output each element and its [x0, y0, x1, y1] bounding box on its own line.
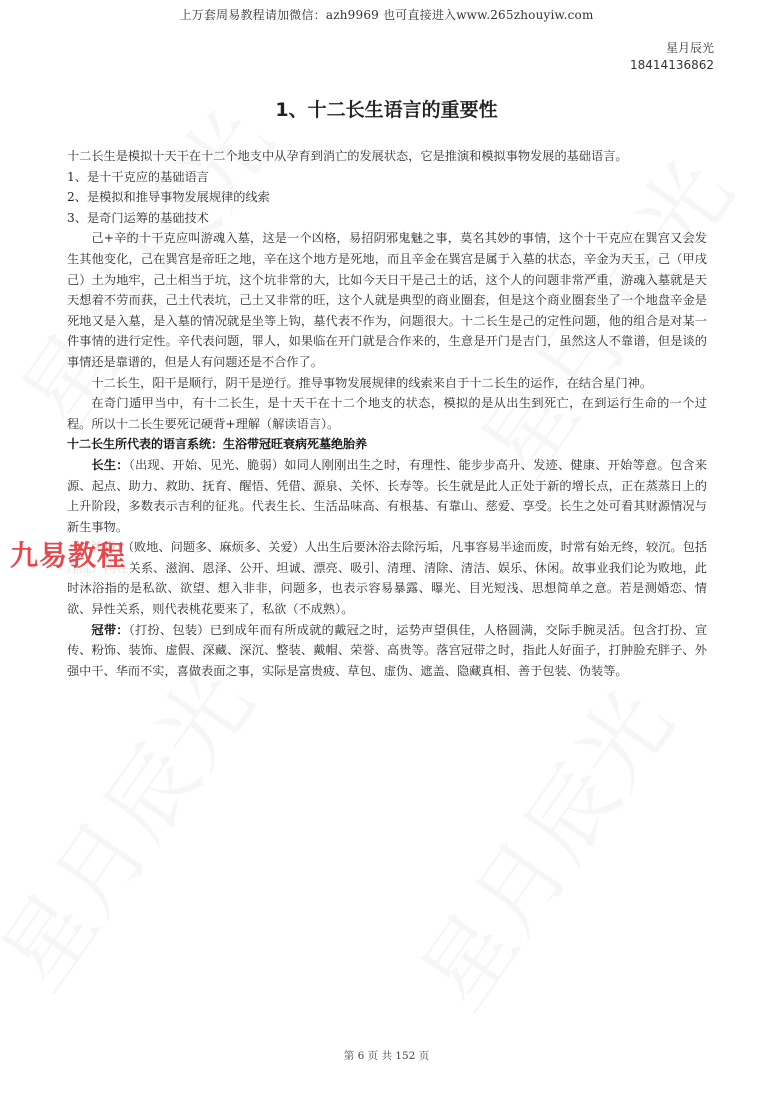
background-watermark: 星月辰光	[384, 660, 697, 1029]
list-item: 2、是模拟和推导事物发展规律的线索	[67, 187, 707, 208]
term-paragraph-guandai: 冠带：（打扮、包装）已到成年而有所成就的戴冠之时，运势声望俱佳，人格圆满，交际手…	[67, 620, 707, 682]
section-heading: 十二长生所代表的语言系统：生浴带冠旺衰病死墓绝胎养	[67, 434, 707, 455]
body-paragraph: 十二长生，阳干是顺行，阴干是逆行。推导事物发展规律的线索来自于十二长生的运作，在…	[67, 373, 707, 394]
term-text: （出现、开始、见光、脆弱）如同人刚刚出生之时，有理性、能步步高升、发迹、健康、开…	[67, 458, 707, 534]
author-block: 星月辰光 18414136862	[630, 40, 714, 74]
page-title: 1、十二长生语言的重要性	[0, 95, 773, 122]
author-phone: 18414136862	[630, 57, 714, 74]
term-paragraph-changsheng: 长生：（出现、开始、见光、脆弱）如同人刚刚出生之时，有理性、能步步高升、发迹、健…	[67, 455, 707, 537]
term-text: （打扮、包装）已到成年而有所成就的戴冠之时，运势声望俱佳，人格圆满，交际手腕灵活…	[67, 623, 707, 678]
author-name: 星月辰光	[630, 40, 714, 57]
intro-paragraph: 十二长生是模拟十天干在十二个地支中从孕育到消亡的发展状态，它是推演和模拟事物发展…	[67, 146, 707, 167]
body-paragraph: 在奇门遁甲当中，有十二长生，是十天干在十二个地支的状态，模拟的是从出生到死亡，在…	[67, 393, 707, 434]
page-footer: 第 6 页 共 152 页	[0, 1048, 773, 1063]
list-item: 1、是十干克应的基础语言	[67, 167, 707, 188]
brand-logo-overlay: 九易教程	[6, 538, 130, 574]
term-text: （败地、问题多、麻烦多、关爱）人出生后要沐浴去除污垢，凡事容易半途而废，时常有始…	[67, 540, 707, 616]
body-paragraph: 己+辛的十干克应叫游魂入墓，这是一个凶格，易招阴邪鬼魅之事，莫名其妙的事情，这个…	[67, 228, 707, 372]
term-label: 冠带：	[91, 623, 128, 637]
list-item: 3、是奇门运筹的基础技术	[67, 208, 707, 229]
term-label: 长生：	[91, 458, 128, 472]
background-watermark: 星月辰光	[0, 640, 276, 1009]
document-body: 十二长生是模拟十天干在十二个地支中从孕育到消亡的发展状态，它是推演和模拟事物发展…	[67, 146, 707, 681]
term-paragraph-muyu: 沐浴：（败地、问题多、麻烦多、关爱）人出生后要沐浴去除污垢，凡事容易半途而废，时…	[67, 537, 707, 619]
page-header-promo: 上万套周易教程请加微信：azh9969 也可直接进入www.265zhouyiw…	[0, 6, 773, 23]
